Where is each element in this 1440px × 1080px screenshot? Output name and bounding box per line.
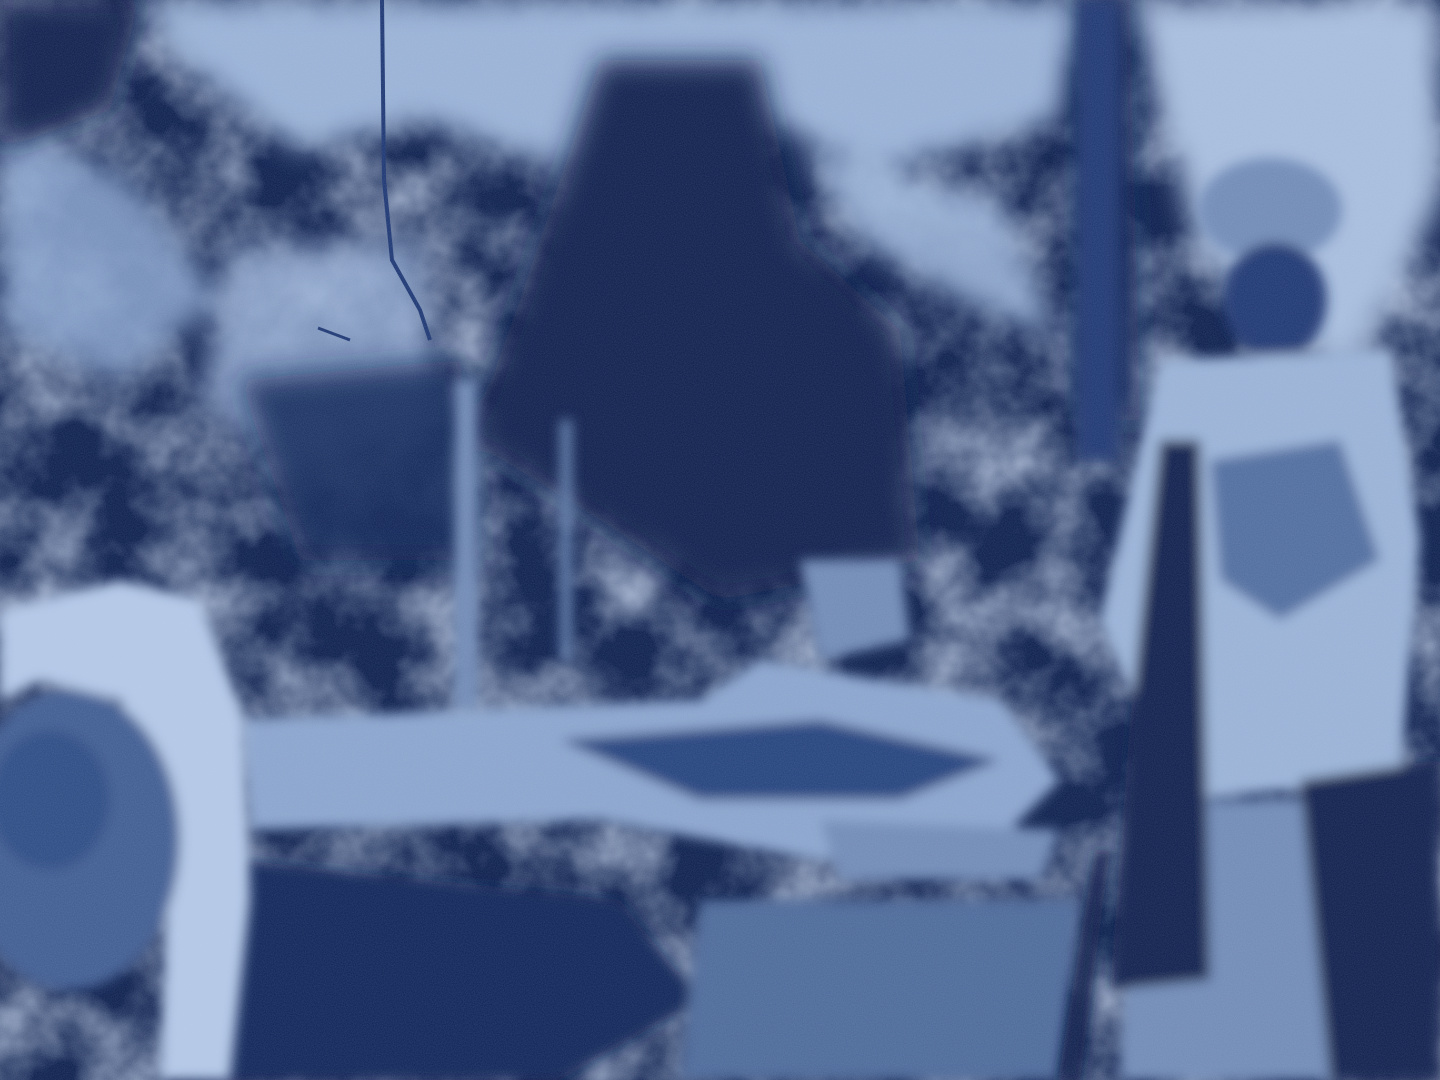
film-grain [0,0,1440,1080]
film-frame: Grainy blue-tinted film frame: a person … [0,0,1440,1080]
film-scene [0,0,1440,1080]
